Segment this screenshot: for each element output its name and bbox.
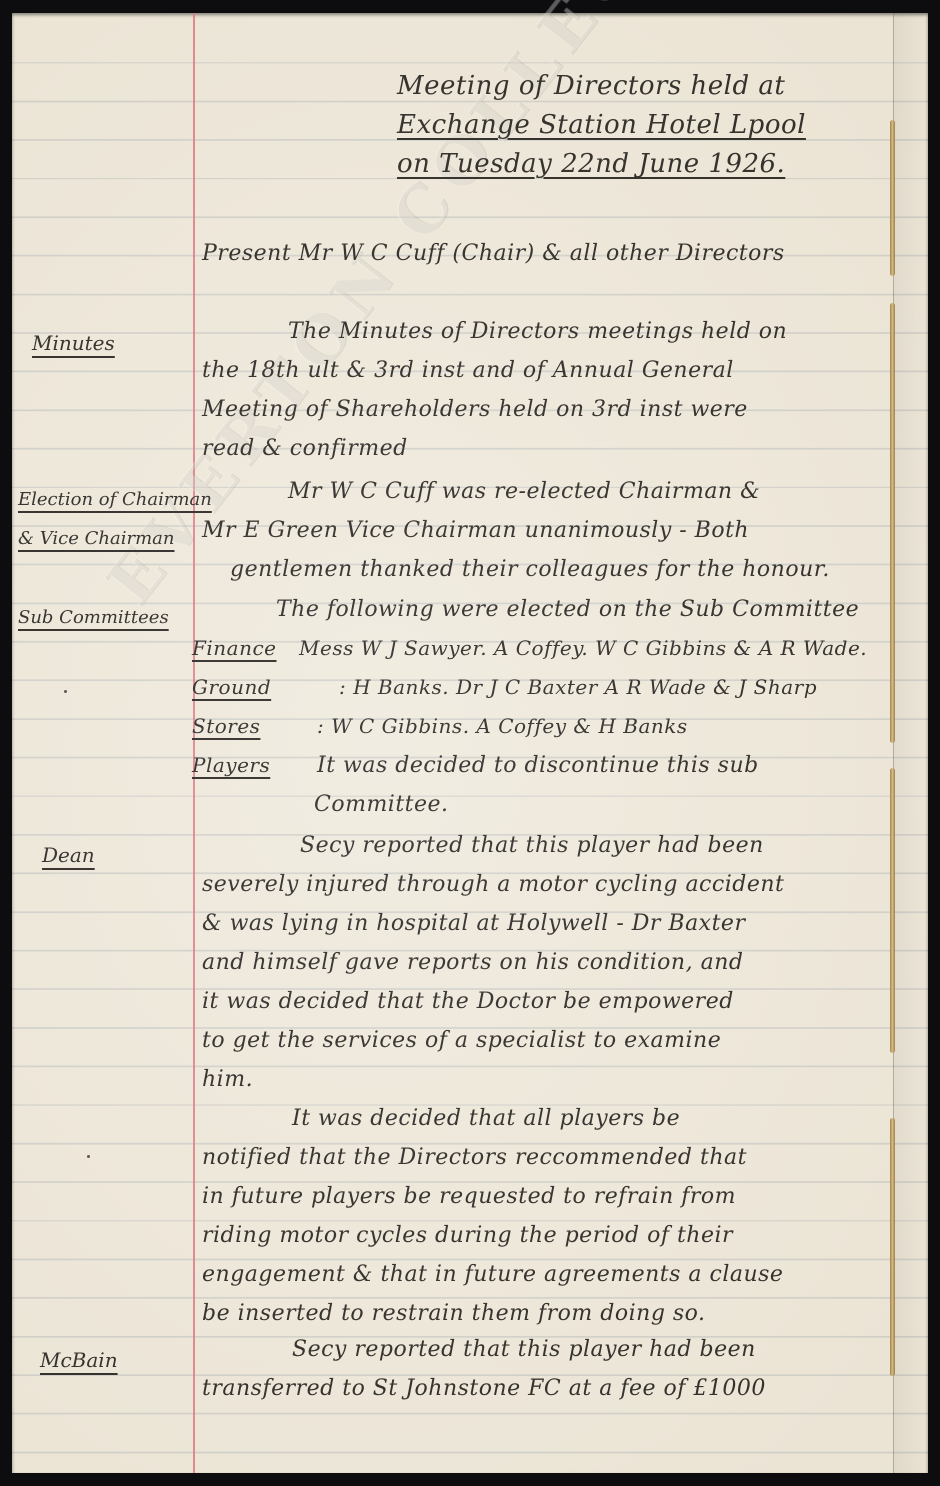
facing-page-edge — [894, 13, 928, 1473]
heading-line-3: on Tuesday 22nd June 1926. — [397, 149, 785, 179]
margin-mark — [64, 690, 67, 693]
election-line: Mr E Green Vice Chairman unanimously - B… — [202, 518, 749, 543]
committee-name-players: Players — [192, 753, 270, 777]
minutes-line: read & confirmed — [202, 436, 408, 461]
committee-members-ground: : H Banks. Dr J C Baxter A R Wade & J Sh… — [339, 675, 817, 699]
mcbain-line: Secy reported that this player had been — [292, 1337, 756, 1362]
dean-line: & was lying in hospital at Holywell - Dr… — [202, 911, 745, 936]
binding-thread — [890, 1118, 895, 1376]
committee-name-finance: Finance — [192, 636, 277, 660]
dean-followup-line: riding motor cycles during the period of… — [202, 1223, 733, 1248]
dean-line: Secy reported that this player had been — [300, 833, 764, 858]
dean-line: and himself gave reports on his conditio… — [202, 950, 743, 975]
margin-label-dean: Dean — [42, 843, 95, 867]
dean-line: to get the services of a specialist to e… — [202, 1028, 721, 1053]
margin-label-election-1: Election of Chairman — [18, 489, 212, 510]
dean-followup-line: It was decided that all players be — [292, 1106, 680, 1131]
committee-members-stores: : W C Gibbins. A Coffey & H Banks — [317, 714, 688, 738]
margin-label-minutes: Minutes — [32, 331, 115, 355]
sub-committee-intro: The following were elected on the Sub Co… — [276, 597, 859, 622]
margin-label-sub-committees: Sub Committees — [18, 607, 169, 628]
red-margin-rule — [193, 13, 195, 1473]
minute-book-page: EVERTON COLLECTION CHARITABLE TRUST Meet… — [12, 13, 928, 1473]
minutes-line: The Minutes of Directors meetings held o… — [288, 319, 787, 344]
binding-thread — [890, 768, 895, 1053]
dean-line: severely injured through a motor cycling… — [202, 872, 784, 897]
dean-followup-line: engagement & that in future agreements a… — [202, 1262, 783, 1287]
dean-followup-line: be inserted to restrain them from doing … — [202, 1301, 706, 1326]
margin-label-mcbain: McBain — [40, 1348, 118, 1372]
dean-line: him. — [202, 1067, 253, 1092]
binding-thread — [890, 120, 895, 276]
committee-members-finance: Mess W J Sawyer. A Coffey. W C Gibbins &… — [299, 636, 867, 660]
election-line: Mr W C Cuff was re-elected Chairman & — [288, 479, 760, 504]
present-line: Present Mr W C Cuff (Chair) & all other … — [202, 241, 785, 266]
mcbain-line: transferred to St Johnstone FC at a fee … — [202, 1376, 766, 1401]
committee-name-stores: Stores — [192, 714, 260, 738]
margin-label-election-2: & Vice Chairman — [18, 528, 175, 549]
dean-followup-line: in future players be requested to refrai… — [202, 1184, 736, 1209]
players-continuation: Committee. — [314, 792, 449, 817]
heading-line-2: Exchange Station Hotel Lpool — [397, 110, 806, 140]
minutes-line: the 18th ult & 3rd inst and of Annual Ge… — [202, 358, 734, 383]
margin-mark — [87, 1155, 90, 1158]
election-line: gentlemen thanked their colleagues for t… — [230, 557, 830, 582]
committee-members-players: It was decided to discontinue this sub — [317, 753, 759, 778]
binding-thread — [890, 303, 895, 743]
minutes-line: Meeting of Shareholders held on 3rd inst… — [202, 397, 748, 422]
dean-followup-line: notified that the Directors reccommended… — [202, 1145, 747, 1170]
committee-name-ground: Ground — [192, 675, 271, 699]
dean-line: it was decided that the Doctor be empowe… — [202, 989, 734, 1014]
heading-line-1: Meeting of Directors held at — [397, 71, 785, 101]
